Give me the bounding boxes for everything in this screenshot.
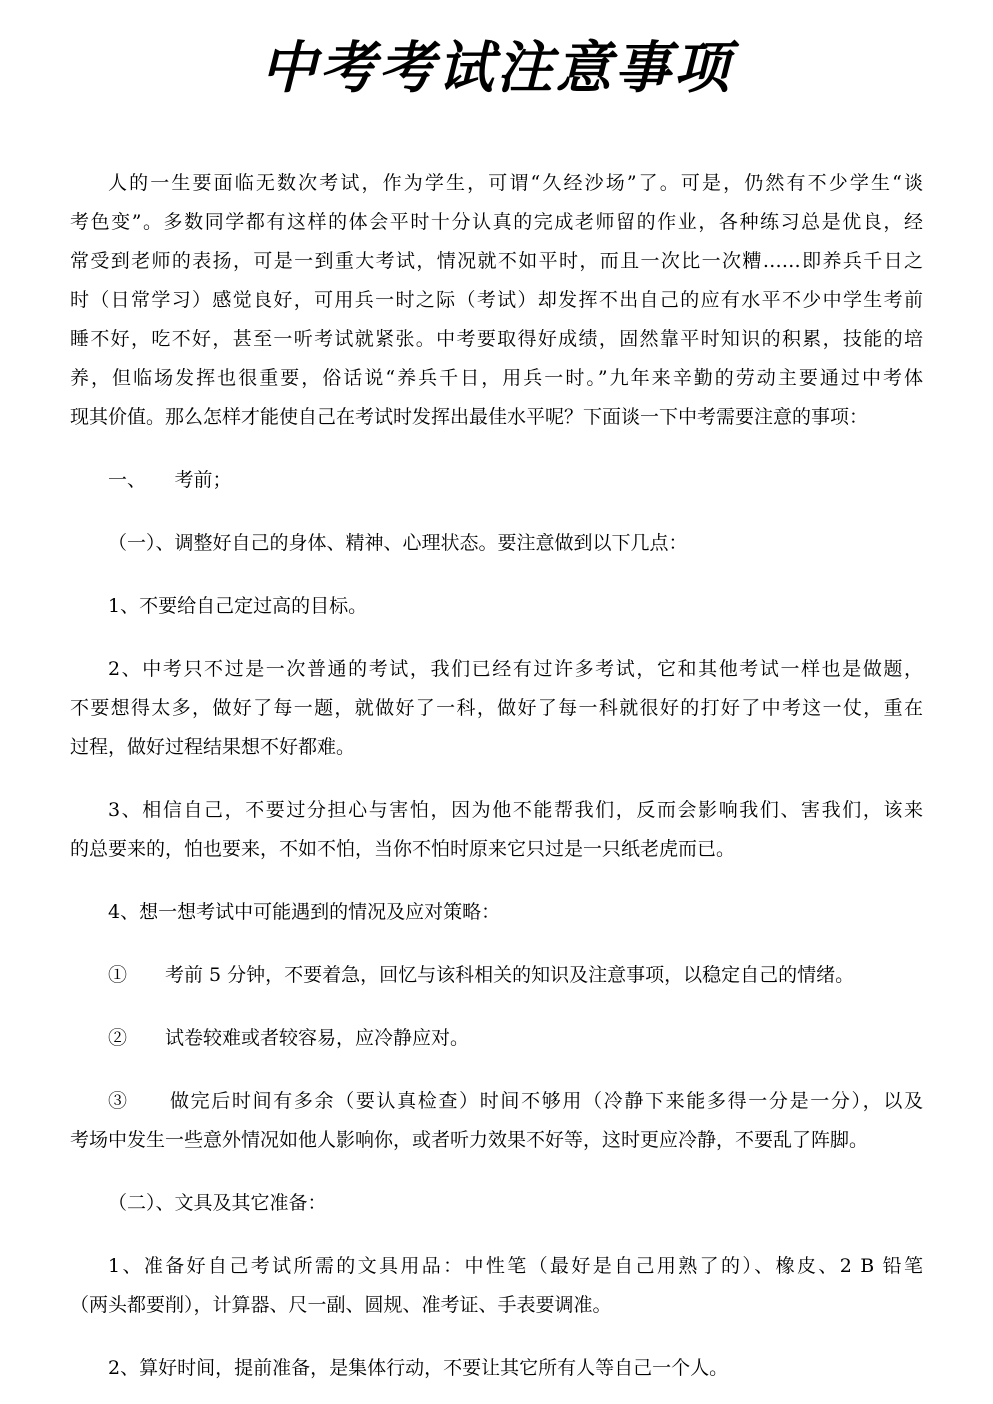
paragraph: 2、中考只不过是一次普通的考试，我们已经有过许多考试，它和其他考试一样也是做题，… xyxy=(70,650,923,767)
document-body: 人的一生要面临无数次考试，作为学生，可谓“久经沙场”了。可是，仍然有不少学生“谈… xyxy=(70,164,923,1388)
text-line: 不要想得太多，做好了每一题，就做好了一科，做好了每一科就很好的打好了中考这一仗，… xyxy=(70,689,923,728)
text-line: 养，但临场发挥也很重要，俗话说“养兵千日，用兵一时。”九年来辛勤的劳动主要通过中… xyxy=(70,359,923,398)
text-line: 4、想一想考试中可能遇到的情况及应对策略： xyxy=(70,893,923,932)
text-line: 现其价值。那么怎样才能使自己在考试时发挥出最佳水平呢？下面谈一下中考需要注意的事… xyxy=(70,398,923,437)
text-line: ② 试卷较难或者较容易，应冷静应对。 xyxy=(70,1019,923,1058)
text-line: 考场中发生一些意外情况如他人影响你，或者听力效果不好等，这时更应冷静，不要乱了阵… xyxy=(70,1121,923,1160)
page: 中考考试注意事项 人的一生要面临无数次考试，作为学生，可谓“久经沙场”了。可是，… xyxy=(0,0,993,1404)
paragraph: （一）、调整好自己的身体、精神、心理状态。要注意做到以下几点： xyxy=(70,524,923,563)
text-line: （两头都要削），计算器、尺一副、圆规、准考证、手表要调准。 xyxy=(70,1286,923,1325)
text-line: ① 考前 5 分钟，不要着急，回忆与该科相关的知识及注意事项，以稳定自己的情绪。 xyxy=(70,956,923,995)
text-line: （一）、调整好自己的身体、精神、心理状态。要注意做到以下几点： xyxy=(70,524,923,563)
text-line: 时（日常学习）感觉良好，可用兵一时之际（考试）却发挥不出自己的应有水平不少中学生… xyxy=(70,281,923,320)
text-line: 的总要来的，怕也要来，不如不怕，当你不怕时原来它只过是一只纸老虎而已。 xyxy=(70,830,923,869)
text-line: 1、准备好自己考试所需的文具用品：中性笔（最好是自己用熟了的）、橡皮、2 B 铅… xyxy=(70,1247,923,1286)
document-title: 中考考试注意事项 xyxy=(70,28,923,108)
paragraph: 1、准备好自己考试所需的文具用品：中性笔（最好是自己用熟了的）、橡皮、2 B 铅… xyxy=(70,1247,923,1325)
paragraph: （二）、文具及其它准备： xyxy=(70,1184,923,1223)
text-line: 3、相信自己，不要过分担心与害怕，因为他不能帮我们，反而会影响我们、害我们，该来 xyxy=(70,791,923,830)
paragraph: 一、 考前； xyxy=(70,461,923,500)
text-line: 2、算好时间，提前准备，是集体行动，不要让其它所有人等自己一个人。 xyxy=(70,1349,923,1388)
paragraph: ① 考前 5 分钟，不要着急，回忆与该科相关的知识及注意事项，以稳定自己的情绪。 xyxy=(70,956,923,995)
text-line: 常受到老师的表扬，可是一到重大考试，情况就不如平时，而且一次比一次糟……即养兵千… xyxy=(70,242,923,281)
paragraph: 2、算好时间，提前准备，是集体行动，不要让其它所有人等自己一个人。 xyxy=(70,1349,923,1388)
paragraph: ③ 做完后时间有多余（要认真检查）时间不够用（冷静下来能多得一分是一分），以及考… xyxy=(70,1082,923,1160)
paragraph: 4、想一想考试中可能遇到的情况及应对策略： xyxy=(70,893,923,932)
text-line: 过程，做好过程结果想不好都难。 xyxy=(70,728,923,767)
text-line: ③ 做完后时间有多余（要认真检查）时间不够用（冷静下来能多得一分是一分），以及 xyxy=(70,1082,923,1121)
text-line: 睡不好，吃不好，甚至一听考试就紧张。中考要取得好成绩，固然靠平时知识的积累，技能… xyxy=(70,320,923,359)
paragraph: 1、不要给自己定过高的目标。 xyxy=(70,587,923,626)
text-line: 2、中考只不过是一次普通的考试，我们已经有过许多考试，它和其他考试一样也是做题， xyxy=(70,650,923,689)
text-line: 人的一生要面临无数次考试，作为学生，可谓“久经沙场”了。可是，仍然有不少学生“谈 xyxy=(70,164,923,203)
paragraph: 人的一生要面临无数次考试，作为学生，可谓“久经沙场”了。可是，仍然有不少学生“谈… xyxy=(70,164,923,437)
text-line: 考色变”。多数同学都有这样的体会平时十分认真的完成老师留的作业，各种练习总是优良… xyxy=(70,203,923,242)
text-line: 1、不要给自己定过高的目标。 xyxy=(70,587,923,626)
paragraph: ② 试卷较难或者较容易，应冷静应对。 xyxy=(70,1019,923,1058)
paragraph: 3、相信自己，不要过分担心与害怕，因为他不能帮我们，反而会影响我们、害我们，该来… xyxy=(70,791,923,869)
text-line: （二）、文具及其它准备： xyxy=(70,1184,923,1223)
text-line: 一、 考前； xyxy=(70,461,923,500)
